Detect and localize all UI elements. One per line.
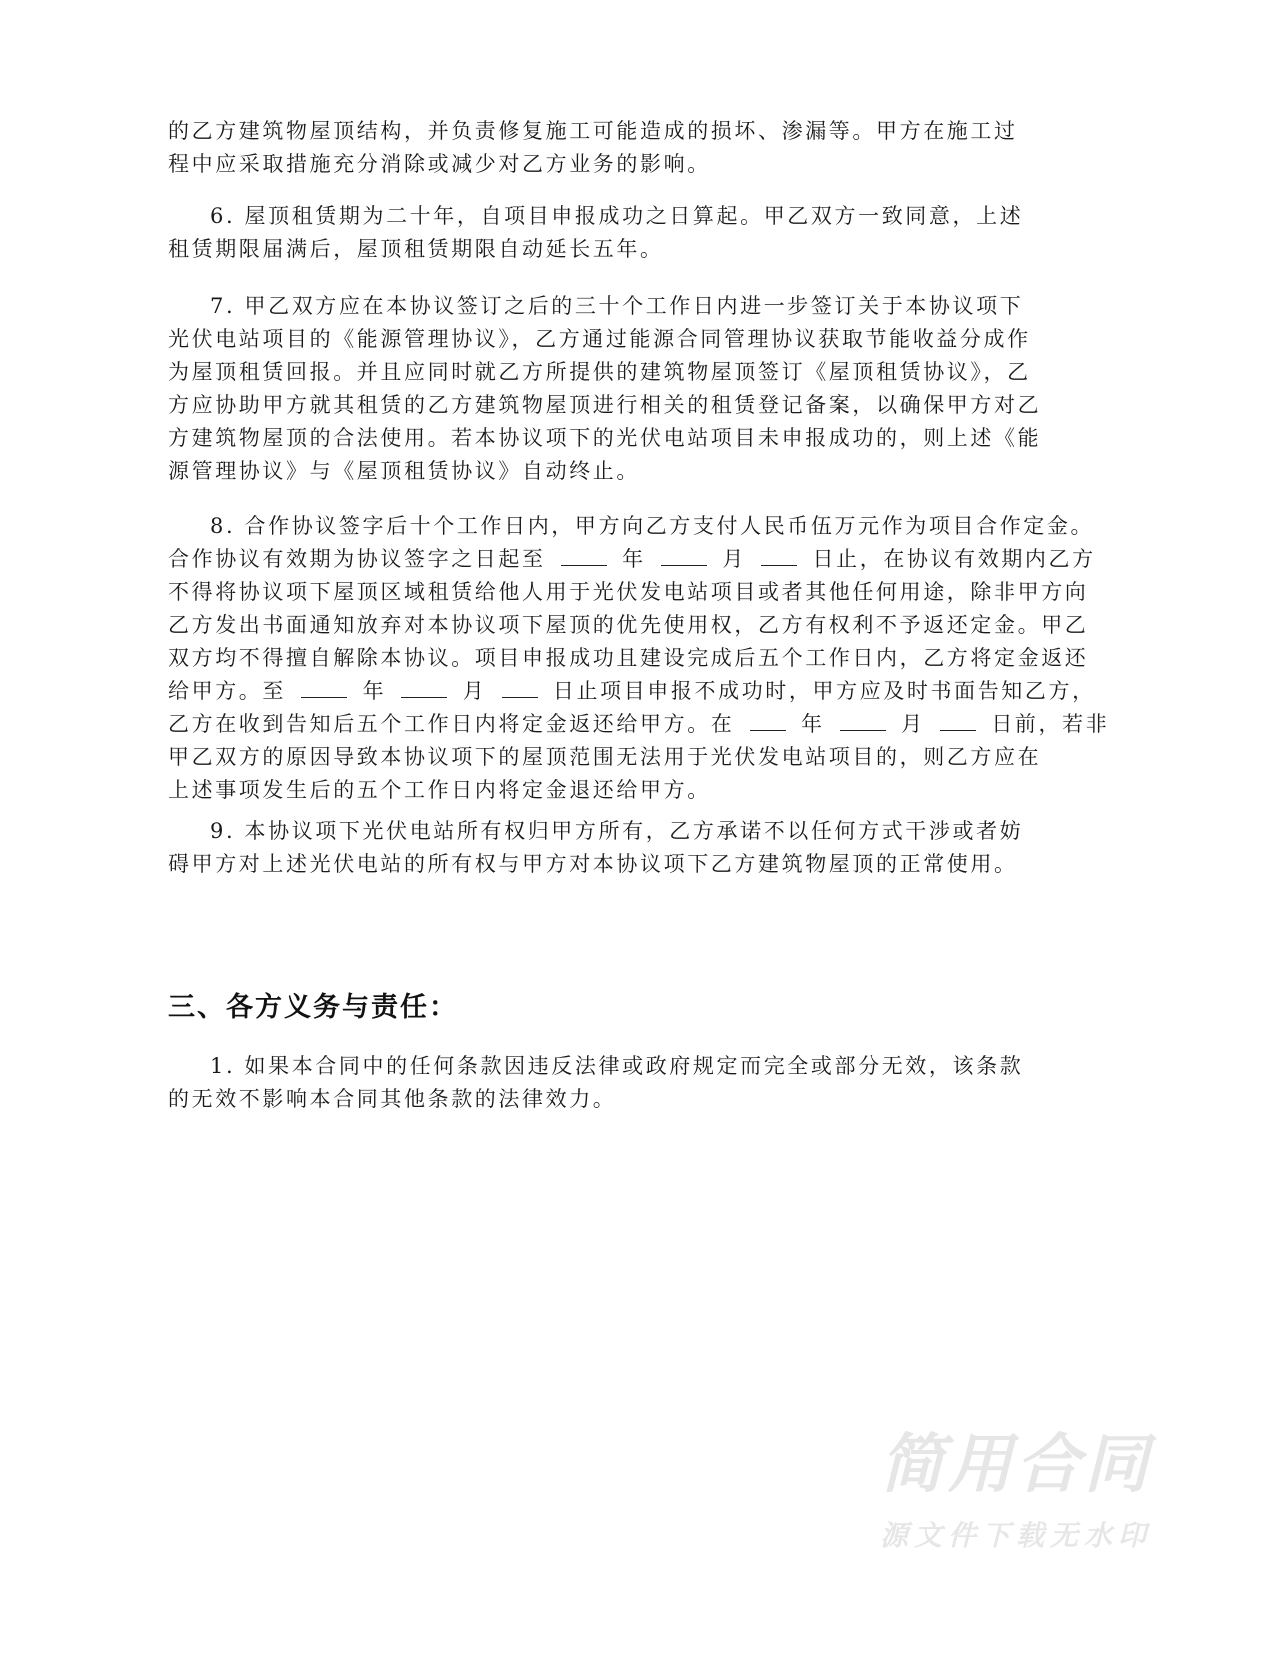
text-line: 上述事项发生后的五个工作日内将定金退还给甲方。	[168, 774, 1068, 807]
text-segment: 合作协议有效期为协议签字之日起至	[168, 547, 546, 571]
clause-5-tail: 的乙方建筑物屋顶结构，并负责修复施工可能造成的损坏、渗漏等。甲方在施工过 程中应…	[168, 115, 1068, 181]
section-3-heading: 三、各方义务与责任：	[168, 990, 458, 1026]
text-line: 碍甲方对上述光伏电站的所有权与甲方对本协议项下乙方建筑物屋顶的正常使用。	[168, 848, 1068, 881]
watermark: 简用合同 源文件下载无水印	[880, 1430, 1200, 1556]
clause-6: 6. 屋顶租赁期为二十年，自项目申报成功之日算起。甲乙双方一致同意，上述 租赁期…	[168, 200, 1068, 266]
text-segment: 日前，若非	[991, 712, 1109, 736]
text-line: 光伏电站项目的《能源管理协议》，乙方通过能源合同管理协议获取节能收益分成作	[168, 323, 1068, 356]
text-line: 乙方在收到告知后五个工作日内将定金返还给甲方。在 年 月 日前，若非	[168, 708, 1068, 741]
month-blank	[840, 712, 886, 731]
month-blank	[661, 547, 707, 566]
text-line: 的无效不影响本合同其他条款的法律效力。	[168, 1083, 1068, 1116]
year-blank	[561, 547, 607, 566]
text-line: 1. 如果本合同中的任何条款因违反法律或政府规定而完全或部分无效，该条款	[168, 1050, 1068, 1083]
month-label: 月	[463, 679, 487, 703]
text-line: 合作协议有效期为协议签字之日起至 年 月 日止，在协议有效期内乙方	[168, 543, 1068, 576]
text-line: 方应协助甲方就其租赁的乙方建筑物屋顶进行相关的租赁登记备案，以确保甲方对乙	[168, 389, 1068, 422]
year-label: 年	[622, 547, 646, 571]
watermark-tagline: 源文件下载无水印	[880, 1516, 1200, 1556]
year-label: 年	[363, 679, 387, 703]
text-segment: 给甲方。至	[168, 679, 286, 703]
section-3-item-1: 1. 如果本合同中的任何条款因违反法律或政府规定而完全或部分无效，该条款 的无效…	[168, 1050, 1068, 1116]
text-segment: 日止，在协议有效期内乙方	[813, 547, 1096, 571]
month-label: 月	[901, 712, 925, 736]
year-blank	[301, 679, 347, 698]
text-line: 方建筑物屋顶的合法使用。若本协议项下的光伏电站项目未申报成功的，则上述《能	[168, 422, 1068, 455]
text-segment: 日止项目申报不成功时，甲方应及时书面告知乙方，	[553, 679, 1096, 703]
day-blank	[761, 547, 797, 566]
text-line: 为屋顶租赁回报。并且应同时就乙方所提供的建筑物屋顶签订《屋顶租赁协议》，乙	[168, 356, 1068, 389]
clause-8: 8. 合作协议签字后十个工作日内，甲方向乙方支付人民币伍万元作为项目合作定金。 …	[168, 510, 1068, 807]
text-line: 8. 合作协议签字后十个工作日内，甲方向乙方支付人民币伍万元作为项目合作定金。	[168, 510, 1068, 543]
day-blank	[502, 679, 538, 698]
year-blank	[750, 712, 786, 731]
year-label: 年	[801, 712, 825, 736]
clause-9: 9. 本协议项下光伏电站所有权归甲方所有，乙方承诺不以任何方式干涉或者妨 碍甲方…	[168, 815, 1068, 881]
month-blank	[401, 679, 447, 698]
text-line: 甲乙双方的原因导致本协议项下的屋顶范围无法用于光伏发电站项目的，则乙方应在	[168, 741, 1068, 774]
text-line: 7. 甲乙双方应在本协议签订之后的三十个工作日内进一步签订关于本协议项下	[168, 290, 1068, 323]
watermark-brand: 简用合同	[880, 1430, 1200, 1500]
document-page: 的乙方建筑物屋顶结构，并负责修复施工可能造成的损坏、渗漏等。甲方在施工过 程中应…	[0, 0, 1280, 1657]
text-line: 6. 屋顶租赁期为二十年，自项目申报成功之日算起。甲乙双方一致同意，上述	[168, 200, 1068, 233]
text-segment: 乙方在收到告知后五个工作日内将定金返还给甲方。在	[168, 712, 734, 736]
text-line: 源管理协议》与《屋顶租赁协议》自动终止。	[168, 455, 1068, 488]
text-line: 乙方发出书面通知放弃对本协议项下屋顶的优先使用权，乙方有权利不予返还定金。甲乙	[168, 609, 1068, 642]
text-line: 租赁期限届满后，屋顶租赁期限自动延长五年。	[168, 233, 1068, 266]
clause-7: 7. 甲乙双方应在本协议签订之后的三十个工作日内进一步签订关于本协议项下 光伏电…	[168, 290, 1068, 488]
text-line: 双方均不得擅自解除本协议。项目申报成功且建设完成后五个工作日内，乙方将定金返还	[168, 642, 1068, 675]
text-line: 程中应采取措施充分消除或减少对乙方业务的影响。	[168, 148, 1068, 181]
text-line: 的乙方建筑物屋顶结构，并负责修复施工可能造成的损坏、渗漏等。甲方在施工过	[168, 115, 1068, 148]
day-blank	[940, 712, 976, 731]
month-label: 月	[722, 547, 746, 571]
text-line: 给甲方。至 年 月 日止项目申报不成功时，甲方应及时书面告知乙方，	[168, 675, 1068, 708]
text-line: 9. 本协议项下光伏电站所有权归甲方所有，乙方承诺不以任何方式干涉或者妨	[168, 815, 1068, 848]
text-line: 不得将协议项下屋顶区域租赁给他人用于光伏发电站项目或者其他任何用途，除非甲方向	[168, 576, 1068, 609]
